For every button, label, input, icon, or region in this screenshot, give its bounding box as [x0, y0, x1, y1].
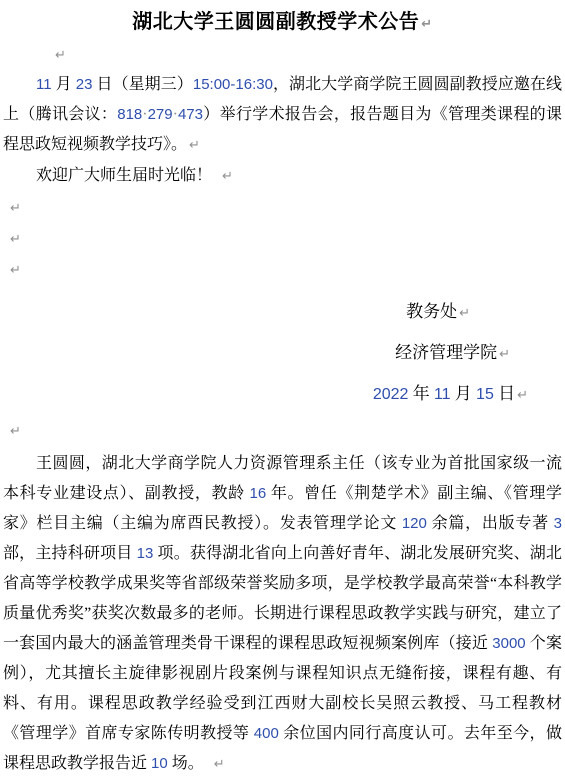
- paragraph-mark: ↵: [10, 424, 21, 439]
- signature-line: 教务处↵: [3, 292, 562, 333]
- number-run: 2022: [373, 386, 409, 403]
- paragraph-mark: ↵: [189, 138, 200, 153]
- paragraph-mark: ↵: [459, 306, 470, 321]
- paragraph-mark: ↵: [222, 169, 233, 184]
- empty-line: ↵: [3, 40, 562, 70]
- text-run: 月: [52, 76, 76, 93]
- text-run: 经济管理学院: [395, 343, 497, 362]
- text-run: 余篇，出版专著: [427, 515, 554, 532]
- empty-line: ↵: [3, 254, 562, 285]
- text-run: 欢迎广大师生届时光临！: [36, 167, 212, 184]
- number-run: 13: [137, 545, 154, 562]
- number-run: 16: [250, 485, 267, 502]
- document-title: 湖北大学王圆圆副教授学术公告↵: [3, 7, 562, 40]
- empty-line: ↵: [3, 192, 562, 223]
- number-run: 3000: [492, 635, 525, 652]
- number-run: 11: [434, 386, 451, 403]
- paragraph: 欢迎广大师生届时光临！↵: [3, 161, 562, 192]
- signature-line: 经济管理学院↵: [3, 333, 562, 374]
- empty-line: ↵: [3, 223, 562, 254]
- paragraph-mark: ↵: [55, 48, 66, 63]
- paragraph-mark: ↵: [10, 201, 21, 216]
- empty-line: ↵: [3, 415, 562, 446]
- paragraph-mark: ↵: [517, 388, 528, 403]
- number-run: 120: [402, 515, 427, 532]
- number-run: 473: [178, 106, 203, 123]
- number-run: 15:00-16:30: [193, 76, 273, 93]
- text-run: 场。: [168, 755, 204, 772]
- text-run: 日: [494, 384, 515, 403]
- document-page: 湖北大学王圆圆副教授学术公告↵ ↵11 月 23 日（星期三）15:00-16:…: [0, 0, 565, 780]
- number-run: 15: [476, 386, 494, 403]
- paragraph-mark: ↵: [499, 347, 510, 362]
- paragraph-mark: ↵: [214, 757, 225, 772]
- document-body: ↵11 月 23 日（星期三）15:00-16:30，湖北大学商学院王圆圆副教授…: [3, 40, 562, 780]
- number-run: 23: [76, 76, 93, 93]
- number-run: 818: [117, 106, 142, 123]
- number-run: 11: [36, 76, 52, 93]
- text-run: 日（星期三）: [92, 76, 192, 93]
- paragraph-mark: ↵: [421, 17, 432, 32]
- paragraph-mark: ↵: [10, 263, 21, 278]
- text-run: 教务处: [406, 302, 457, 321]
- number-run: 3: [554, 515, 562, 532]
- paragraph: 王圆圆，湖北大学商学院人力资源管理系主任（该专业为首批国家级一流本科专业建设点）…: [3, 449, 562, 780]
- number-run: 400: [254, 725, 279, 742]
- text-run: 年: [408, 384, 434, 403]
- signature-line: 2022 年 11 月 15 日↵: [3, 374, 562, 415]
- text-run: 月: [451, 384, 477, 403]
- title-text: 湖北大学王圆圆副教授学术公告: [132, 11, 419, 33]
- number-run: 10: [151, 755, 168, 772]
- paragraph-mark: ↵: [10, 232, 21, 247]
- number-run: 279: [148, 106, 173, 123]
- paragraph: 11 月 23 日（星期三）15:00-16:30，湖北大学商学院王圆圆副教授应…: [3, 70, 562, 161]
- text-run: 部，主持科研项目: [3, 545, 137, 562]
